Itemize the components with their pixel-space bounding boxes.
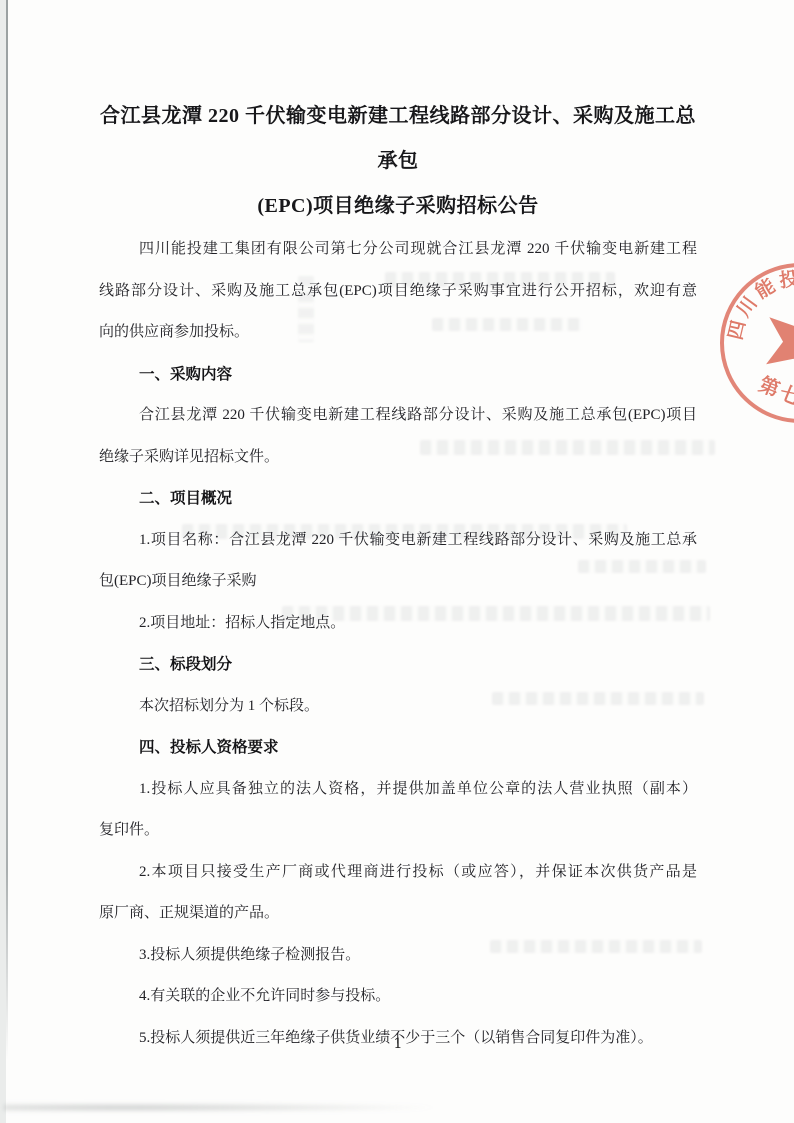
scan-edge-line bbox=[6, 0, 8, 1060]
section-heading-procurement-content: 一、采购内容 bbox=[99, 354, 697, 396]
section-heading-bid-sections: 三、标段划分 bbox=[99, 644, 697, 686]
paragraph-line: 2.本项目只接受生产厂商或代理商进行投标（或应答），并保证本次供货产品是 bbox=[99, 852, 697, 894]
paragraph-line: 复印件。 bbox=[99, 810, 697, 852]
svg-text:四川能投建工集: 四川能投建工集 bbox=[721, 243, 794, 385]
intro-line: 四川能投建工集团有限公司第七分公司现就合江县龙潭 220 千伏输变电新建工程 bbox=[99, 229, 697, 271]
paragraph-line: 绝缘子采购详见招标文件。 bbox=[99, 437, 697, 479]
intro-line: 线路部分设计、采购及施工总承包(EPC)项目绝缘子采购事宜进行公开招标，欢迎有意 bbox=[99, 271, 697, 313]
page-number: 1 bbox=[99, 1036, 697, 1052]
paragraph-line: 3.投标人须提供绝缘子检测报告。 bbox=[99, 935, 697, 977]
title-line-1: 合江县龙潭 220 千伏输变电新建工程线路部分设计、采购及施工总承包 bbox=[99, 94, 697, 184]
paragraph-line: 包(EPC)项目绝缘子采购 bbox=[99, 561, 697, 603]
section-heading-bidder-qualifications: 四、投标人资格要求 bbox=[99, 727, 697, 769]
paragraph-line: 原厂商、正规渠道的产品。 bbox=[99, 893, 697, 935]
paragraph-line: 1.投标人应具备独立的法人资格，并提供加盖单位公章的法人营业执照（副本） bbox=[99, 769, 697, 811]
paragraph-line: 4.有关联的企业不允许同时参与投标。 bbox=[99, 976, 697, 1018]
paragraph-line: 本次招标划分为 1 个标段。 bbox=[99, 686, 697, 728]
paragraph-line: 1.项目名称：合江县龙潭 220 千伏输变电新建工程线路部分设计、采购及施工总承 bbox=[99, 520, 697, 562]
title-line-2: (EPC)项目绝缘子采购招标公告 bbox=[99, 184, 697, 229]
paragraph-line: 合江县龙潭 220 千伏输变电新建工程线路部分设计、采购及施工总承包(EPC)项… bbox=[99, 395, 697, 437]
paragraph-line: 2.项目地址：招标人指定地点。 bbox=[99, 603, 697, 645]
document-body: 四川能投建工集团有限公司第七分公司现就合江县龙潭 220 千伏输变电新建工程 线… bbox=[99, 229, 697, 1059]
section-heading-project-overview: 二、项目概况 bbox=[99, 478, 697, 520]
seal-bottom-text: 第七 bbox=[756, 372, 794, 411]
scan-bottom-shadow bbox=[4, 1103, 434, 1112]
seal-arc-text: 四川能投建工集 bbox=[721, 243, 794, 385]
document-title: 合江县龙潭 220 千伏输变电新建工程线路部分设计、采购及施工总承包 (EPC)… bbox=[99, 94, 697, 229]
intro-line: 向的供应商参加投标。 bbox=[99, 312, 697, 354]
document-page: 合江县龙潭 220 千伏输变电新建工程线路部分设计、采购及施工总承包 (EPC)… bbox=[99, 94, 697, 1059]
company-seal-stamp: 四川能投建工集 第七 bbox=[660, 240, 794, 480]
